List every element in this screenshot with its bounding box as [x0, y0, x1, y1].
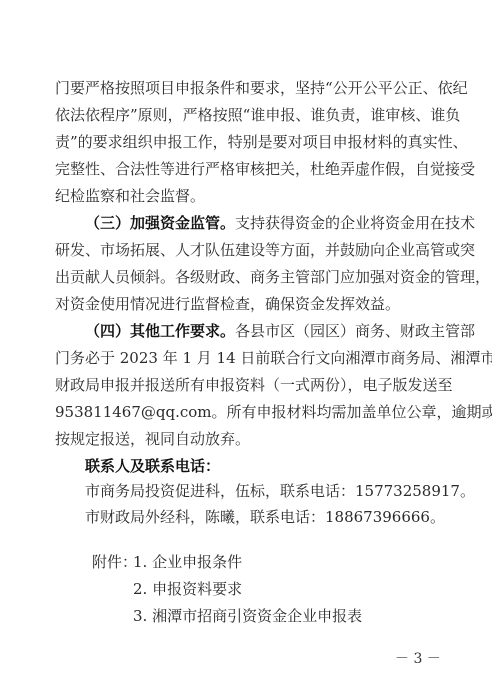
attachment-item: 1. 企业申报条件	[133, 552, 492, 572]
section4-text: 各县市区（园区）商务、财政主管部	[235, 322, 475, 340]
attachment-item: 3. 湘潭市招商引资资金企业申报表	[133, 606, 492, 626]
contact-item: 市财政局外经科，陈曦，联系电话：18867396666。	[85, 507, 477, 527]
section3-first-line: （三）加强资金监管。支持获得资金的企业将资金用在技术	[85, 213, 447, 233]
body-text-line: 研发、市场拓展、人才队伍建设等方面，并鼓励向企业高管或突	[55, 240, 447, 260]
section4-first-line: （四）其他工作要求。各县市区（园区）商务、财政主管部	[85, 321, 447, 341]
body-text-line: 责”的要求组织申报工作，特别是要对项目申报材料的真实性、	[55, 132, 447, 152]
body-text-line: 门务必于 2023 年 1 月 14 日前联合行文向湘潭市商务局、湘潭市	[55, 348, 447, 368]
body-text-line: 953811467@qq.com。所有申报材料均需加盖单位公章，逾期或未	[55, 402, 447, 422]
body-text-line: 依法依程序”原则，严格按照“谁申报、谁负责，谁审核、谁负	[55, 105, 447, 125]
contacts-heading: 联系人及联系电话：	[85, 456, 477, 476]
body-text-line: 财政局申报并报送所有申报资料（一式两份），电子版发送至	[55, 375, 447, 395]
section4-heading: （四）其他工作要求。	[85, 322, 235, 340]
page-number: － 3 －	[395, 648, 441, 668]
body-text-line: 完整性、合法性等进行严格审核把关，杜绝弄虚作假，自觉接受	[55, 159, 447, 179]
body-text-line: 门要严格按照项目申报条件和要求，坚持“公开公平公正、依纪	[55, 78, 447, 98]
body-text-line: 按规定报送，视同自动放弃。	[55, 429, 447, 449]
section3-text: 支持获得资金的企业将资金用在技术	[235, 214, 475, 232]
body-text-line: 纪检监察和社会监督。	[55, 186, 447, 206]
body-text-line: 对资金使用情况进行监督检查，确保资金发挥效益。	[55, 294, 447, 314]
body-text-line: 出贡献人员倾斜。各级财政、商务主管部门应加强对资金的管理，	[55, 267, 447, 287]
section3-heading: （三）加强资金监管。	[85, 214, 235, 232]
contact-item: 市商务局投资促进科，伍标，联系电话：15773258917。	[85, 481, 477, 501]
attachment-item: 2. 申报资料要求	[133, 579, 492, 599]
